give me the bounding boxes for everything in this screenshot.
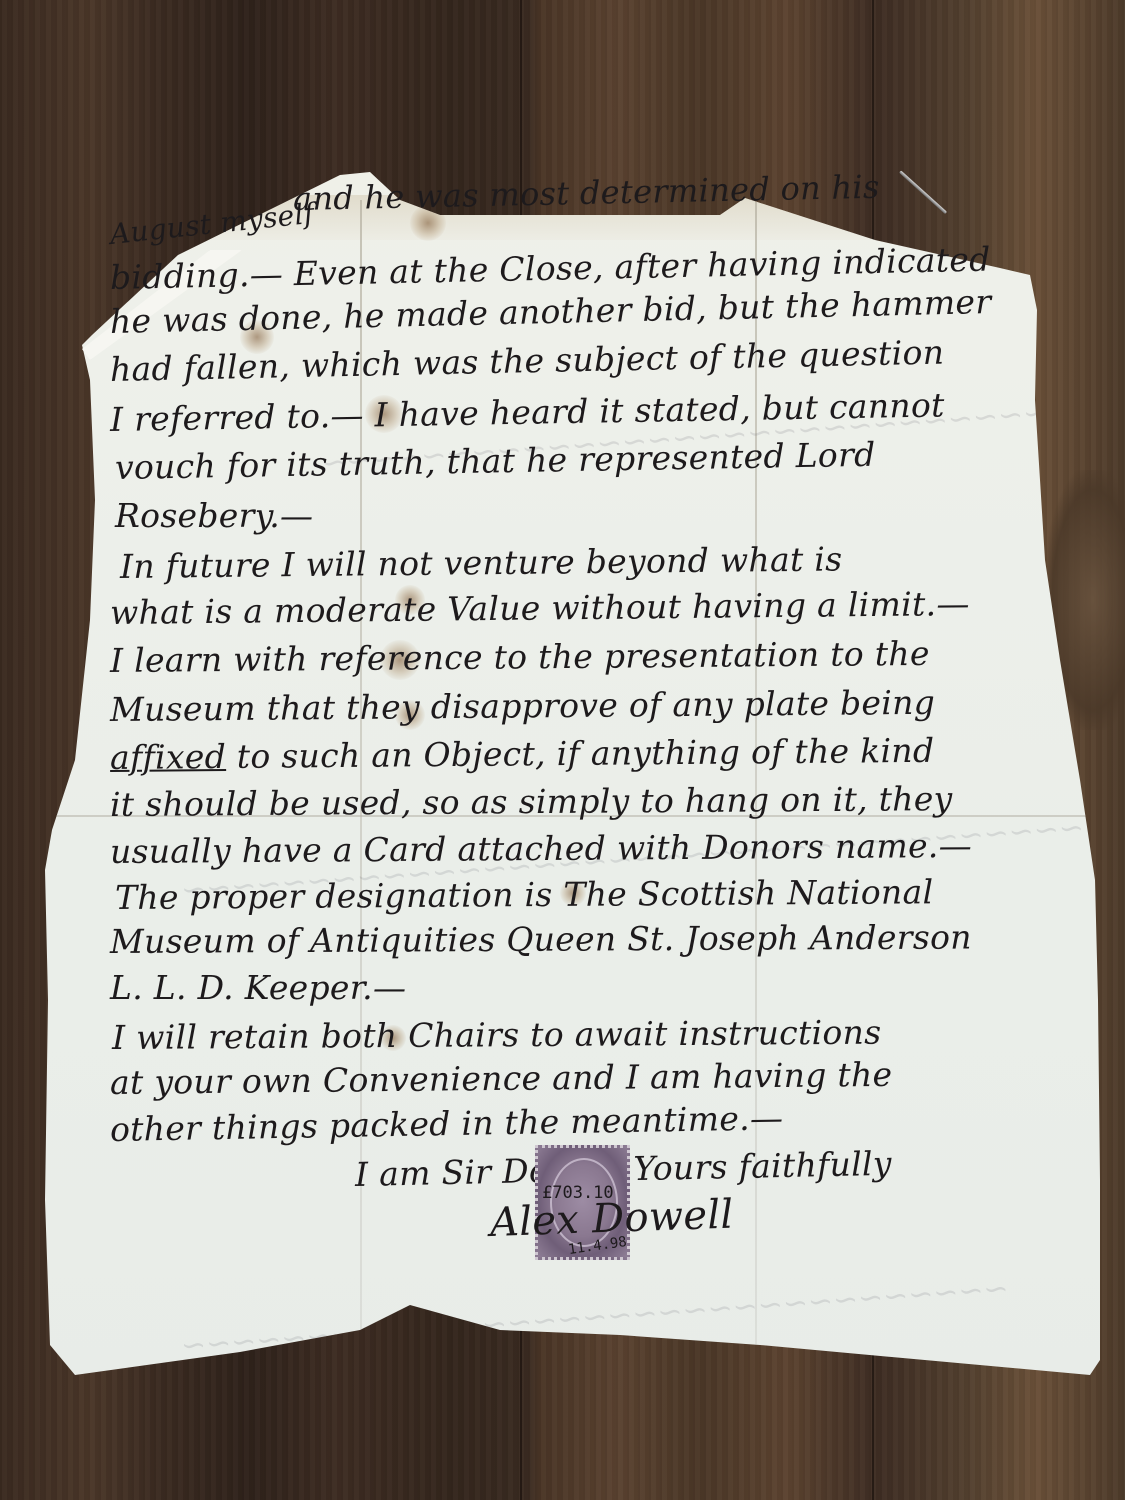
- signature: Alex Dowell: [489, 1192, 734, 1246]
- bleed-through-text: ~~~~~~~~~~~~~~~~~~~~~~~~~~~~~~~~~: [180, 1271, 1010, 1364]
- letter-line: The proper designation is The Scottish N…: [115, 872, 934, 917]
- letter-line: I will retain both Chairs to await instr…: [112, 1013, 882, 1057]
- letter-line: Rosebery.—: [115, 496, 313, 535]
- underlined-word: affixed: [110, 737, 226, 777]
- letter-line: at your own Convenience and I am having …: [110, 1055, 893, 1102]
- pin-hole: [912, 202, 916, 206]
- letter-line: I learn with reference to the presentati…: [110, 634, 930, 680]
- pin-hole: [935, 173, 939, 177]
- letter-line: Museum of Antiquities Queen St. Joseph A…: [110, 917, 972, 961]
- letter-line-rest: to such an Object, if anything of the ki…: [226, 731, 935, 776]
- letter-line: affixed to such an Object, if anything o…: [110, 731, 935, 777]
- letter-line: usually have a Card attached with Donors…: [110, 826, 972, 871]
- straight-pin: [899, 170, 947, 214]
- letter-line: In future I will not venture beyond what…: [120, 539, 843, 586]
- pin-hole: [985, 200, 989, 204]
- letter-line: Museum that they disapprove of any plate…: [110, 683, 935, 729]
- ink-stain: [970, 180, 1010, 220]
- letter-line: and he was most determined on his: [293, 168, 880, 218]
- letter-line: L. L. D. Keeper.—: [110, 968, 406, 1007]
- letter-line: it should be used, so as simply to hang …: [110, 779, 953, 824]
